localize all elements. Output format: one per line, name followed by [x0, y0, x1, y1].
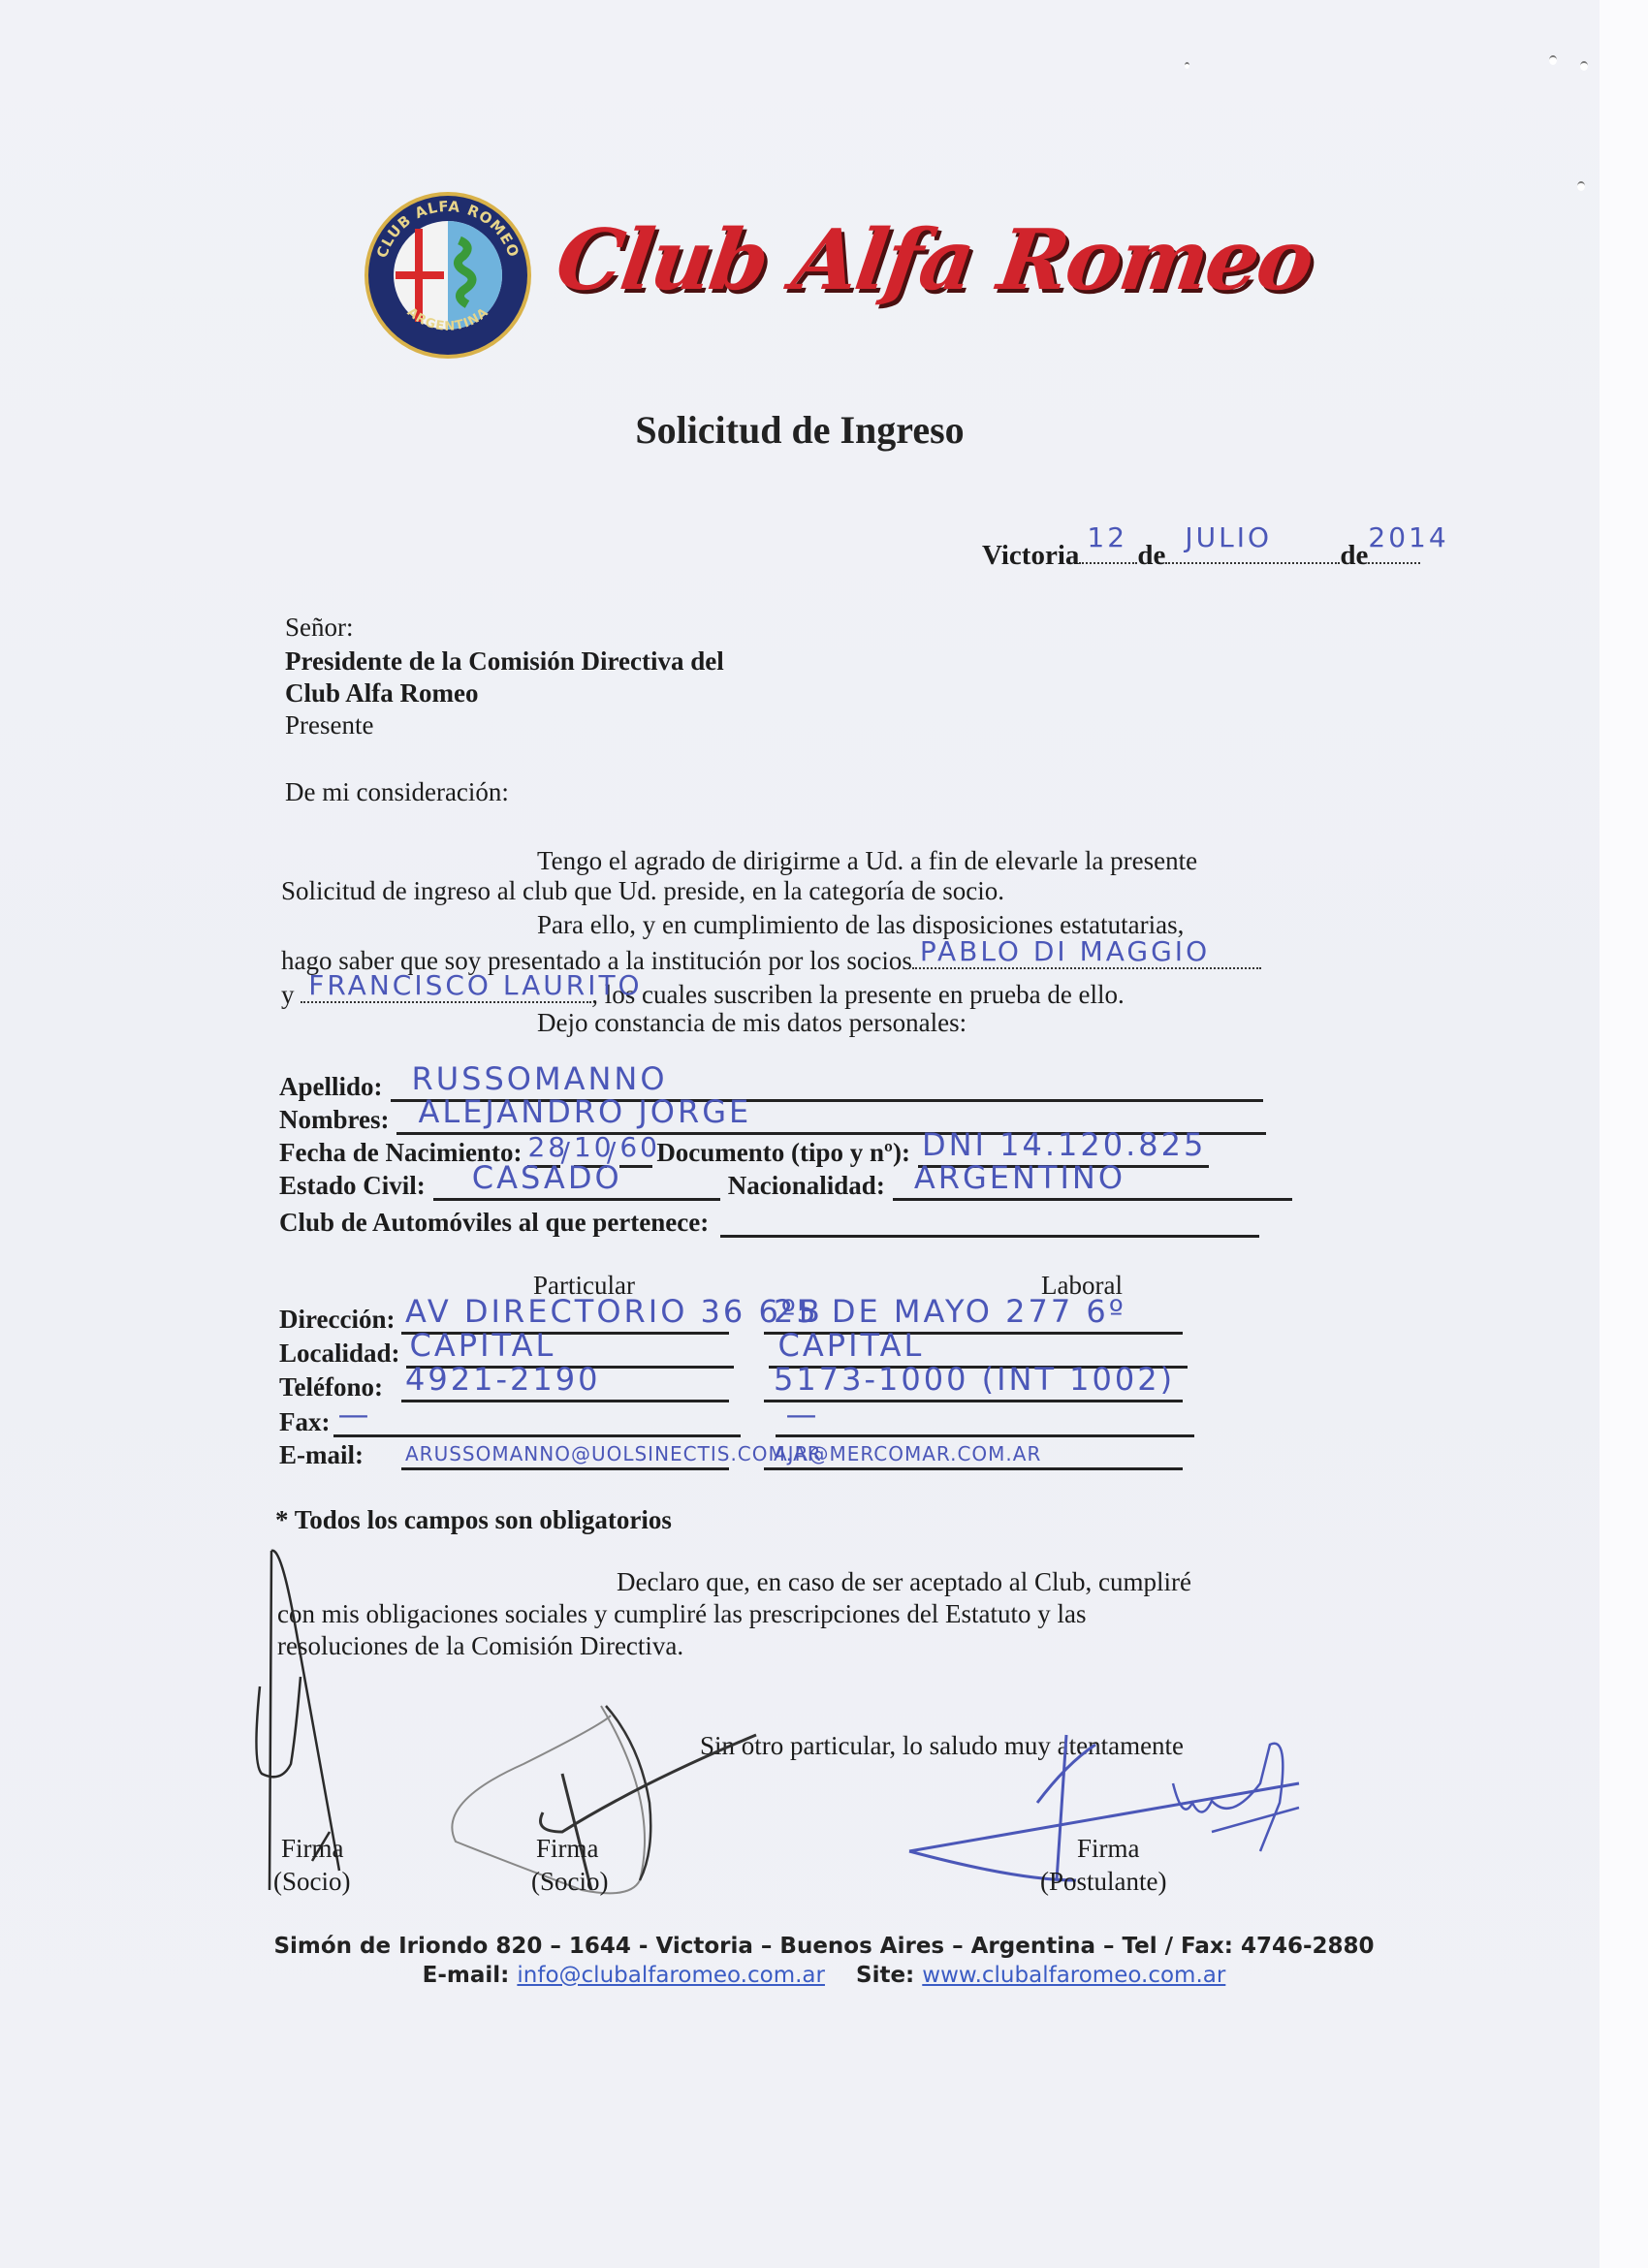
laboral-fax-field[interactable]: — — [785, 1396, 819, 1433]
date-place: Victoria — [982, 540, 1079, 571]
particular-telfono-field[interactable]: 4921-2190 — [405, 1361, 600, 1398]
salutation: Señor: — [285, 613, 354, 643]
nombres-label: Nombres: — [279, 1105, 389, 1135]
footer-address: Simón de Iriondo 820 – 1644 - Victoria –… — [0, 1934, 1648, 1959]
required-fields-notice: * Todos los campos son obligatorios — [275, 1505, 672, 1535]
footer-site-label: Site: — [856, 1963, 914, 1988]
sponsor-1-field[interactable]: PABLO DI MAGGIO — [920, 935, 1210, 967]
nombres-field[interactable]: ALEJANDRO JORGE — [418, 1093, 751, 1130]
particular-direccin-field[interactable]: AV DIRECTORIO 36 6ºB — [405, 1293, 823, 1330]
club-alfa-romeo-logo-icon: CLUB ALFA ROMEO ARGENTINA — [363, 190, 533, 361]
contact-label: E-mail: — [279, 1440, 396, 1470]
punch-hole — [1185, 62, 1189, 69]
addressee-line-1: Presidente de la Comisión Directiva del — [285, 646, 724, 677]
particular-fax-field[interactable]: — — [337, 1396, 371, 1433]
page-title: Solicitud de Ingreso — [0, 407, 1600, 453]
footer-email-link[interactable]: info@clubalfaromeo.com.ar — [517, 1963, 825, 1988]
punch-hole — [1577, 181, 1585, 191]
date-sep: de — [1137, 540, 1165, 571]
punch-hole — [1580, 61, 1588, 71]
estado-nacionalidad-row: Estado Civil: CASADO Nacionalidad: ARGEN… — [279, 1165, 1292, 1201]
contact-label: Dirección: — [279, 1305, 396, 1335]
footer-site-link[interactable]: www.clubalfaromeo.com.ar — [922, 1963, 1225, 1988]
date-day[interactable]: 12 — [1087, 521, 1127, 562]
contact-row-fax: Fax:—— — [279, 1402, 1194, 1437]
sponsor-2-field[interactable]: FRANCISCO LAURITO — [308, 969, 642, 1001]
footer-contact: E-mail: info@clubalfaromeo.com.ar Site: … — [0, 1963, 1648, 1988]
birth-year-field[interactable]: 60 — [619, 1131, 660, 1163]
contact-row-email: E-mail:ARUSSOMANNO@UOLSINECTIS.COM.ARAJR… — [279, 1434, 1183, 1470]
declaration-line-2: con mis obligaciones sociales y cumpliré… — [277, 1599, 1087, 1629]
particular-email-field[interactable]: ARUSSOMANNO@UOLSINECTIS.COM.AR — [405, 1442, 822, 1465]
laboral-localidad-field[interactable]: CAPITAL — [778, 1327, 925, 1364]
club-label: Club de Automóviles al que pertenece: — [279, 1208, 709, 1238]
particular-localidad-field[interactable]: CAPITAL — [410, 1327, 556, 1364]
signature-socio-1-label: Firma — [281, 1834, 344, 1864]
nacionalidad-label: Nacionalidad: — [728, 1171, 885, 1201]
paragraph-1-line-1: Tengo el agrado de dirigirme a Ud. a fin… — [537, 846, 1197, 876]
contact-row-telfono: Teléfono:4921-21905173-1000 (INT 1002) — [279, 1367, 1183, 1402]
declaration-line-1: Declaro que, en caso de ser aceptado al … — [617, 1567, 1191, 1597]
estado-civil-label: Estado Civil: — [279, 1171, 426, 1201]
punch-hole — [1549, 55, 1557, 65]
signature-postulante-label: Firma — [1077, 1834, 1140, 1864]
club-row: Club de Automóviles al que pertenece: — [279, 1202, 1259, 1238]
date-year[interactable]: 2014 — [1368, 521, 1448, 562]
date-month[interactable]: JULIO — [1185, 521, 1272, 562]
paragraph-2-line-3: y FRANCISCO LAURITO, los cuales suscribe… — [281, 974, 1125, 1010]
laboral-email-field[interactable]: AJR@MERCOMAR.COM.AR — [774, 1442, 1041, 1465]
documento-field[interactable]: DNI 14.120.825 — [922, 1126, 1206, 1163]
estado-civil-field[interactable]: CASADO — [472, 1159, 622, 1196]
apellido-field[interactable]: RUSSOMANNO — [412, 1060, 668, 1097]
footer-email-label: E-mail: — [423, 1963, 510, 1988]
date-line: Victoria12deJULIOde2014 — [982, 535, 1420, 572]
signature-socio-2-label: Firma — [536, 1834, 599, 1864]
greeting: De mi consideración: — [285, 777, 509, 807]
contact-label: Localidad: — [279, 1339, 400, 1369]
paragraph-1-line-2: Solicitud de ingreso al club que Ud. pre… — [281, 876, 1004, 906]
date-sep: de — [1340, 540, 1368, 571]
documento-label: Documento (tipo y nº): — [656, 1138, 910, 1168]
contact-label: Fax: — [279, 1407, 330, 1437]
apellido-label: Apellido: — [279, 1072, 383, 1102]
brand-wordmark: Club Alfa Romeo — [551, 211, 1318, 309]
scan-margin — [1600, 0, 1648, 2268]
signature-socio-1-role: (Socio) — [273, 1867, 350, 1897]
addressee-line-3: Presente — [285, 710, 373, 740]
paragraph-3: Dejo constancia de mis datos personales: — [537, 1008, 967, 1038]
addressee-line-2: Club Alfa Romeo — [285, 678, 479, 709]
laboral-telfono-field[interactable]: 5173-1000 (INT 1002) — [774, 1361, 1175, 1398]
signature-socio-2-role: (Socio) — [531, 1867, 608, 1897]
signature-postulante-role: (Postulante) — [1040, 1867, 1166, 1897]
nacionalidad-field[interactable]: ARGENTINO — [914, 1159, 1125, 1196]
laboral-direccin-field[interactable]: 25 DE MAYO 277 6º — [774, 1293, 1126, 1330]
